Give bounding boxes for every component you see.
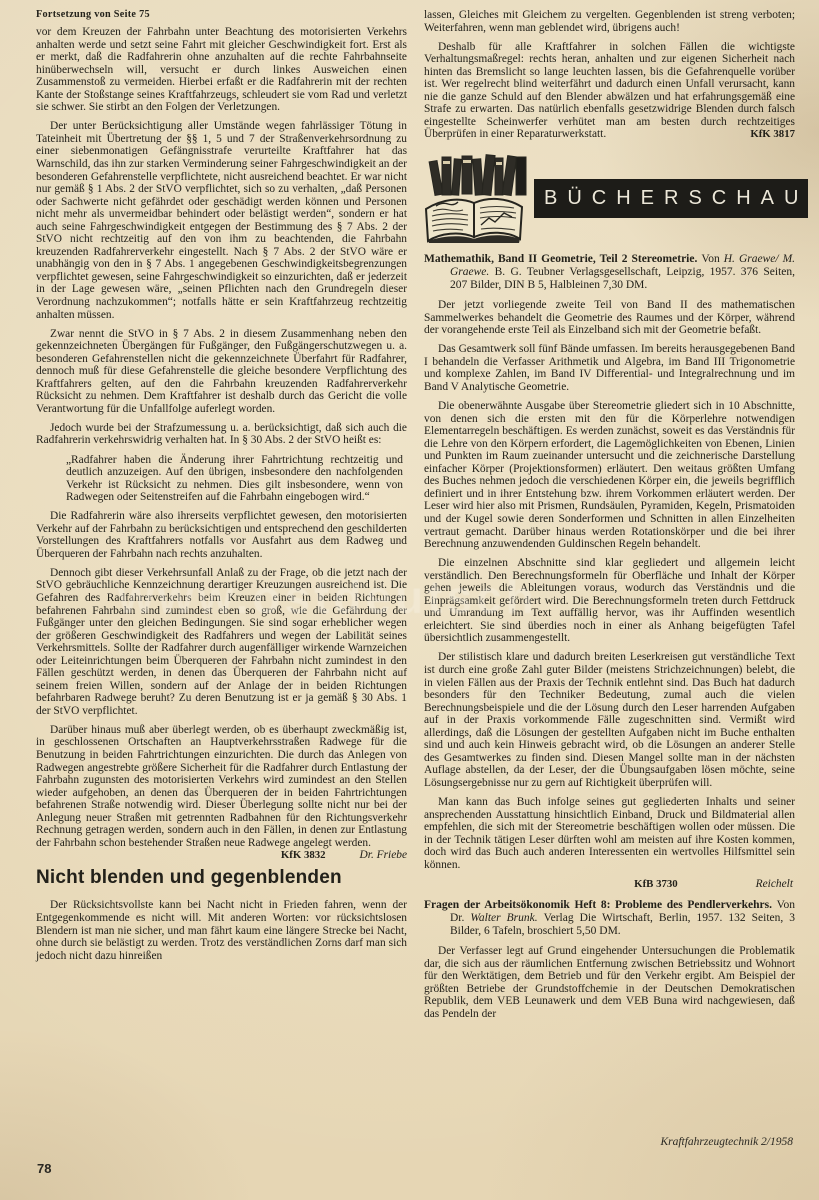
open-book-illustration-icon <box>424 151 528 245</box>
book-title: Fragen der Arbeitsökonomik Heft 8: Probl… <box>424 899 795 938</box>
article-code: KfK 3817 <box>750 128 795 140</box>
book-authors: Walter Brunk. <box>470 912 537 924</box>
book-title-bold: Mathemathik, Band II Geometrie, Teil 2 S… <box>424 253 697 265</box>
paragraph: Die Radfahrerin wäre also ihrerseits ver… <box>36 510 407 560</box>
book-publisher: B. G. Teubner Verlagsgesellschaft, Leipz… <box>450 266 795 291</box>
journal-page: www.ostdeutsch Fortsetzung von Seite 75 … <box>0 0 819 1200</box>
paragraph: Die einzelnen Abschnitte sind klar gegli… <box>424 557 795 645</box>
paragraph: Dennoch gibt dieser Verkehrsunfall Anlaß… <box>36 567 407 718</box>
paragraph: Die obenerwähnte Ausgabe über Stereometr… <box>424 400 795 551</box>
author-name: Reichelt <box>756 878 793 890</box>
signature: KfK 3817 <box>736 128 795 141</box>
buecherschau-banner: BÜCHERSCHAU <box>534 179 808 218</box>
paragraph: vor dem Kreuzen der Fahrbahn unter Beach… <box>36 26 407 114</box>
article-code: KfB 3730 <box>634 878 678 890</box>
book-title-bold: Fragen der Arbeitsökonomik Heft 8: Probl… <box>424 899 772 911</box>
stvo-quote: „Radfahrer haben die Änderung ihrer Fahr… <box>66 454 403 504</box>
paragraph: Der stilistisch klare und dadurch breite… <box>424 651 795 789</box>
left-column: Fortsetzung von Seite 75 vor dem Kreuzen… <box>36 9 407 1027</box>
buecherschau-header: BÜCHERSCHAU <box>424 151 795 245</box>
paragraph: Jedoch wurde bei der Strafzumessung u. a… <box>36 422 407 447</box>
journal-footer: Kraftfahrzeugtechnik 2/1958 <box>660 1136 793 1148</box>
author-name: Dr. Friebe <box>360 849 407 861</box>
paragraph: Das Gesamtwerk soll fünf Bände umfassen.… <box>424 343 795 393</box>
paragraph: Man kann das Buch infolge seines gut geg… <box>424 796 795 871</box>
signature: KfB 3730Reichelt <box>424 878 793 891</box>
paragraph: lassen, Gleiches mit Gleichem zu vergelt… <box>424 9 795 34</box>
paragraph: Der Rücksichtsvollste kann bei Nacht nic… <box>36 899 407 962</box>
article-heading: Nicht blenden und gegenblenden <box>36 867 407 889</box>
signature: KfK 3832Dr. Friebe <box>267 849 407 862</box>
article-code: KfK 3832 <box>281 849 326 861</box>
paragraph-text: Darüber hinaus muß aber überlegt werden,… <box>36 724 407 849</box>
page-number: 78 <box>37 1161 51 1176</box>
right-column: lassen, Gleiches mit Gleichem zu vergelt… <box>424 9 795 1027</box>
paragraph: Zwar nennt die StVO in § 7 Abs. 2 in die… <box>36 328 407 416</box>
paragraph: Der unter Berücksichtigung aller Umständ… <box>36 120 407 321</box>
paragraph: Der jetzt vorliegende zweite Teil von Ba… <box>424 299 795 337</box>
paragraph-text: Deshalb für alle Kraftfahrer in solchen … <box>424 41 795 141</box>
byline-von: Von <box>701 253 719 265</box>
paragraph-with-signature: Deshalb für alle Kraftfahrer in solchen … <box>424 41 795 141</box>
two-column-layout: Fortsetzung von Seite 75 vor dem Kreuzen… <box>0 0 819 1027</box>
book-title: Mathemathik, Band II Geometrie, Teil 2 S… <box>424 253 795 292</box>
paragraph: Der Verfasser legt auf Grund eingehender… <box>424 945 795 1020</box>
continuation-note: Fortsetzung von Seite 75 <box>36 9 407 20</box>
paragraph-with-signature: Darüber hinaus muß aber überlegt werden,… <box>36 724 407 849</box>
